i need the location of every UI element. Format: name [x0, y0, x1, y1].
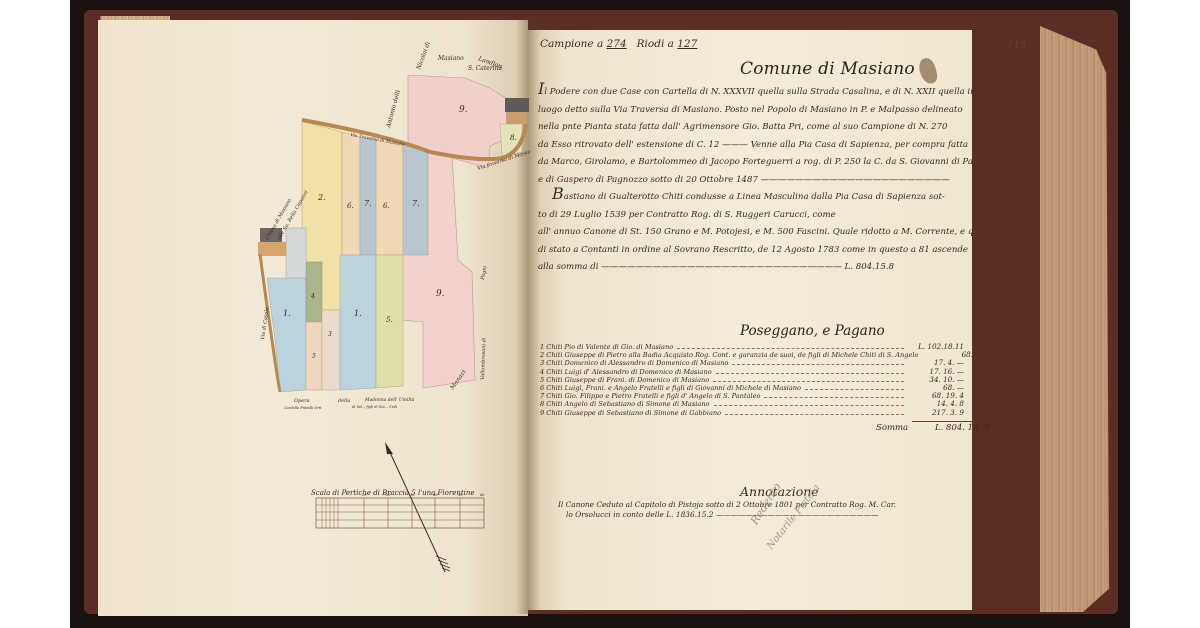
scale-title: Scala di Pertiche di Braccia 5 l'una Fio… — [311, 489, 475, 497]
parcel-1-middle — [340, 255, 376, 390]
map-label-madonna: Madonna dell' Umiltà — [364, 396, 415, 403]
map-label-vallombrosani: Vallombrosani di — [480, 337, 487, 380]
map-label-caterina: S. Caterina — [468, 65, 502, 72]
description-line: da Esso ritrovato dell' estensione di C.… — [538, 137, 974, 155]
scale-bar: 10 20 30 40 50 60 — [316, 493, 485, 528]
map-label-5: 5. — [386, 316, 393, 324]
map-label-8: 8. — [510, 134, 517, 142]
total-rule — [912, 421, 972, 422]
map-label-bottom-note-2: di Val... figli di Gio... Cioli — [352, 405, 397, 409]
map-label-nicolai: Nicolai di — [415, 41, 432, 72]
map-label-7b: 7. — [412, 199, 420, 208]
total-amount: L. 804. 15. 8 — [935, 423, 989, 433]
ledger-row: 6 Chiti Luigi, Frani. e Angelo Fratelli … — [540, 384, 964, 392]
ledger-row: 3 Chiti Domenico di Alessandro di Domeni… — [540, 359, 964, 367]
ledger-row: 5 Chiti Giuseppe di Frani. di Domenico d… — [540, 376, 964, 384]
parcel-6-b — [376, 140, 403, 255]
annotation-line: lo Orsolucci in conto delle L. 1836.15.2… — [566, 510, 878, 519]
scale-tick-60: 60 — [480, 493, 485, 497]
lease-line: di stato a Contanti in ordine al Sovrano… — [538, 242, 974, 260]
campione-header: Campione a 274 Riodi a 127 — [540, 38, 697, 50]
parcel-4 — [306, 262, 322, 322]
lease-line: alla somma di ——————————————————————————… — [538, 259, 974, 277]
map-label-1-middle: 1. — [354, 309, 362, 318]
parcel-3 — [322, 310, 340, 390]
map-label-masiano-top: Masiano — [437, 55, 464, 62]
page-number: 113 — [1007, 40, 1026, 51]
parcel-7-a — [360, 137, 376, 255]
description-paragraph: Il Podere con due Case con Cartella di N… — [538, 80, 974, 189]
estate-map: 9. 8. 2. 6. 7. 6. 7. 1. 4 3 5 1. 5. 9. N… — [240, 40, 530, 600]
map-label-4: 4 — [310, 293, 315, 300]
north-arrow-head — [385, 442, 393, 454]
north-arrow-fletching — [436, 556, 450, 571]
map-label-della: della — [338, 398, 350, 404]
house-building — [505, 98, 529, 112]
north-arrow-shaft — [388, 448, 445, 572]
map-label-6b: 6. — [383, 202, 390, 210]
parcel-small-7 — [286, 228, 306, 278]
ledger-row: 7 Chiti Gio. Filippo e Pietro Fratelli e… — [540, 392, 964, 400]
annotation-line: Il Canone Ceduto al Capitolo di Pistoja … — [558, 500, 896, 509]
farmhouse-yard — [258, 242, 286, 256]
ledger-row: 4 Chiti Luigi d' Alessandro di Domenico … — [540, 368, 964, 376]
map-label-opera: Opera — [294, 398, 310, 404]
description-line: nella pnte Pianta stata fatta dall' Agri… — [538, 119, 974, 137]
page-title: Comune di Masiano — [740, 59, 915, 79]
map-label-1-west: 1. — [283, 309, 291, 318]
map-label-6a: 6. — [347, 202, 354, 210]
riodi-number: 127 — [677, 38, 697, 50]
ledger-row: 2 Chiti Giuseppe di Pietro alla Badia Ac… — [540, 351, 964, 359]
map-label-7a: 7. — [364, 199, 372, 208]
total-label: Somma — [876, 423, 908, 433]
ledger-table: 1 Chiti Pio di Valente di Gio. di Masian… — [540, 343, 964, 417]
lease-line: all' annuo Canone di St. 150 Grano e M. … — [538, 224, 974, 242]
ledger-row: 1 Chiti Pio di Valente di Gio. di Masian… — [540, 343, 964, 351]
page-edges-right — [1040, 26, 1112, 612]
lease-paragraph: Bastiano di Gualterotto Chiti condusse a… — [538, 185, 974, 277]
map-label-bottom-note-1: Cordelle Fratelli Orti — [284, 406, 321, 410]
campione-label: Campione a — [540, 38, 603, 50]
map-label-3: 3 — [328, 331, 332, 338]
map-label-9-south: 9. — [436, 289, 445, 299]
parcel-1-west — [267, 278, 306, 392]
riodi-label: Riodi a — [637, 38, 674, 50]
map-label-2: 2. — [317, 193, 326, 202]
ledger-row: 8 Chiti Angelo di Sebastiano di Simone d… — [540, 400, 964, 408]
parcel-6-a — [342, 132, 360, 255]
ledger-row: 9 Chiti Giuseppe di Sebastiano di Simone… — [540, 409, 964, 417]
lease-line: to di 29 Luglio 1539 per Contratto Rog. … — [538, 207, 974, 225]
map-label-5-small: 5 — [312, 353, 316, 360]
description-line: da Marco, Girolamo, e Bartolommeo di Jac… — [538, 154, 974, 172]
campione-number: 274 — [607, 38, 627, 50]
description-line: Il Podere con due Case con Cartella di N… — [538, 80, 974, 102]
map-label-antonio: Antonio delli — [385, 89, 402, 129]
map-label-9-north: 9. — [459, 105, 468, 115]
section-title: Poseggano, e Pagano — [740, 323, 885, 339]
lease-line: Bastiano di Gualterotto Chiti condusse a… — [538, 185, 974, 207]
description-line: luogo detto sulla Via Traversa di Masian… — [538, 102, 974, 120]
map-label-pagni: Pagni — [480, 265, 489, 281]
